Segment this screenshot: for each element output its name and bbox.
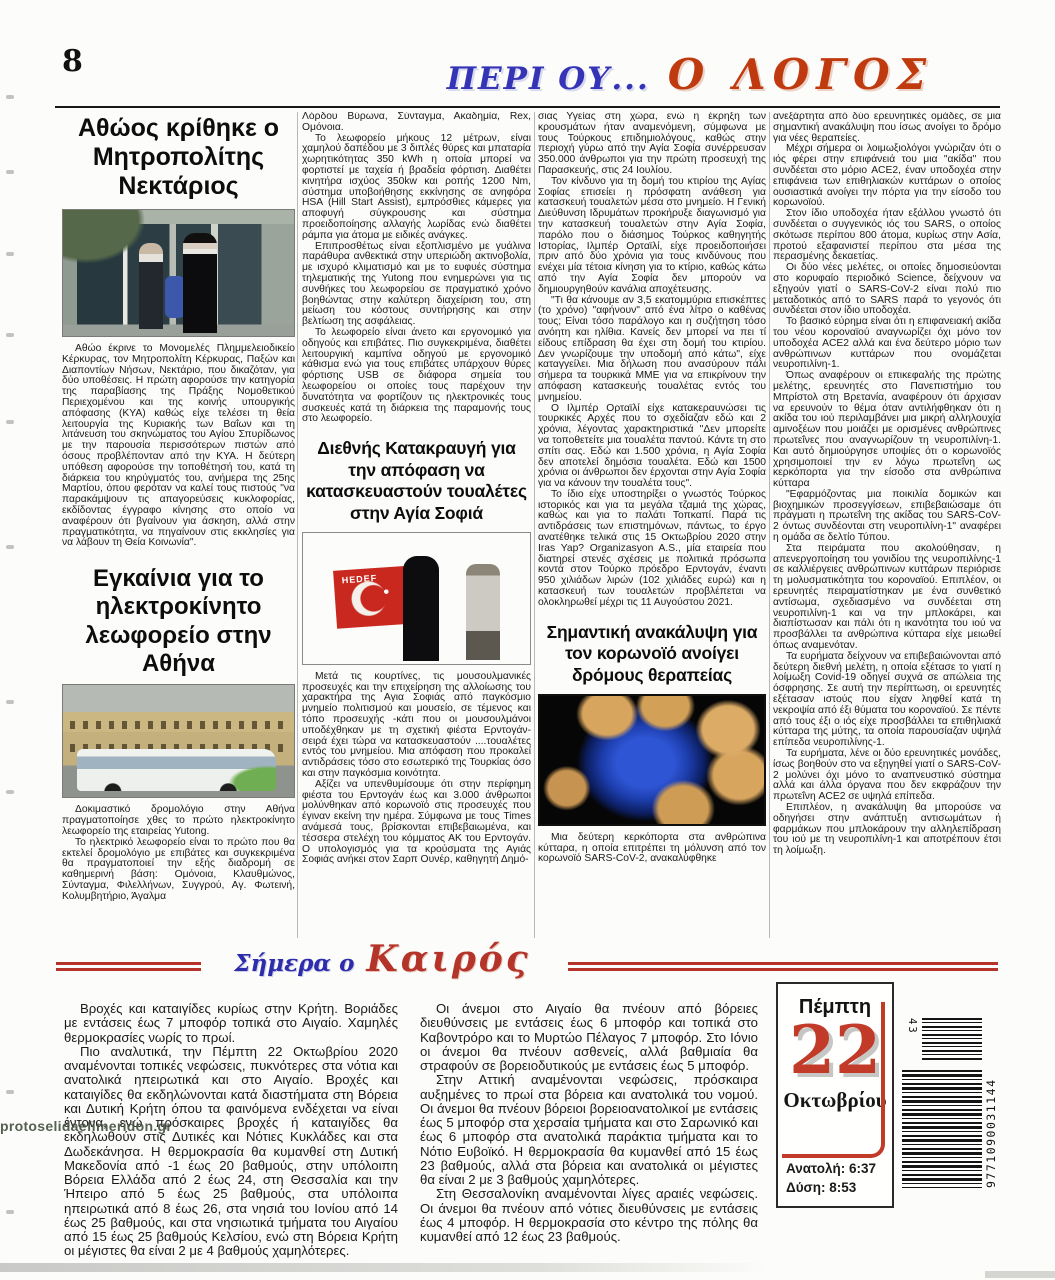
- article-paragraph: Τον κίνδυνο για τη δομή του κτιρίου της …: [538, 177, 766, 296]
- article-paragraph: Αξίζει να υπενθυμίσουμε ότι στην περίφημ…: [302, 780, 531, 866]
- headline-hagia-sophia: Διεθνής Κατακραυγή για την απόφαση να κα…: [304, 438, 529, 525]
- article-paragraph: Το λεωφορείο μήκους 12 μέτρων, είναι χαμ…: [302, 134, 531, 242]
- weather-paragraph: Πιο αναλυτικά, την Πέμπτη 22 Οκτωβρίου 2…: [64, 1045, 398, 1259]
- article-paragraph: Το λεωφορείο είναι άνετο και εργονομικό …: [302, 328, 531, 425]
- photo-caption: Μια δεύτερη κερκόπορτα στα ανθρώπινα κύτ…: [538, 833, 766, 865]
- coronavirus-photo: [538, 694, 766, 826]
- article-paragraph: Αθώο έκρινε το Μονομελές Πλημμελειοδικεί…: [62, 344, 295, 549]
- masthead-rule: [55, 106, 1000, 108]
- protest-photo: HEDEF: [302, 532, 531, 665]
- article-paragraph: Επιπλέον, η ανακάλυψη θα μπορούσε να οδη…: [773, 803, 1001, 857]
- scan-artifact: [6, 700, 14, 704]
- scan-artifact: [6, 1090, 14, 1094]
- article-paragraph: Λόρδου Βύρωνα, Σύνταγμα, Ακαδημία, Rex, …: [302, 112, 531, 134]
- headline-coronavirus: Σημαντική ανακάλυψη για τον κορωνοϊό ανο…: [540, 622, 764, 687]
- article-paragraph: Όπως αναφέρουν οι επικεφαλής της πρώτης …: [773, 371, 1001, 490]
- barcode-digits: 9771090031144: [984, 1078, 998, 1188]
- site-watermark: protoselidaefimeridon.gr: [0, 1118, 172, 1134]
- weather-banner: Σήμερα οΚαιρός: [200, 938, 565, 980]
- article-paragraph: Στον ίδιο υποδοχέα ήταν εξάλλου γνωστό ό…: [773, 209, 1001, 263]
- masthead-title: Ο ΛΟΓΟΣ: [668, 50, 933, 99]
- scan-artifact: [6, 170, 14, 174]
- article-paragraph: "Εφαρμόζοντας μια ποικιλία δομικών και β…: [773, 490, 1001, 544]
- scan-artifact: [6, 333, 14, 337]
- calendar-box: Πέμπτη 22 Οκτωβρίου Ανατολή: 6:37 Δύση: …: [776, 982, 894, 1208]
- page-number: 8: [62, 44, 83, 79]
- barcode-main-bars: [902, 1070, 982, 1188]
- article-paragraph: Μετά τις κουρτίνες, τις μουσουλμανικές π…: [302, 672, 531, 780]
- flag-banner-text: HEDEF: [341, 573, 377, 585]
- scan-artifact: [6, 790, 14, 794]
- scan-artifact: [6, 545, 14, 549]
- weather-banner-kicker: Σήμερα ο: [234, 950, 354, 977]
- column-1: Αθώος κρίθηκε ο Μητροπολίτης Νεκτάριος Α…: [62, 112, 295, 944]
- article-paragraph: Το βασικό εύρημα είναι ότι η επιφανειακή…: [773, 317, 1001, 371]
- sun-times: Ανατολή: 6:37 Δύση: 8:53: [786, 1159, 876, 1198]
- calendar-corner-rule: [782, 1002, 885, 1158]
- newspaper-page: 8 ΠΕΡΙ ΟΥ...Ο ΛΟΓΟΣ Αθώος κρίθηκε ο Μητρ…: [0, 0, 1055, 1280]
- column-divider: [297, 112, 298, 938]
- masthead-kicker: ΠΕΡΙ ΟΥ...: [447, 61, 650, 97]
- weather-column-right: Οι άνεμοι στο Αιγαίο θα πνέουν από βόρει…: [420, 1002, 758, 1244]
- masthead: ΠΕΡΙ ΟΥ...Ο ΛΟΓΟΣ: [340, 50, 1040, 99]
- sunrise-time: Ανατολή: 6:37: [786, 1159, 876, 1179]
- bus-illustration: [77, 749, 276, 790]
- column-4: ανεξάρτητα από δύο ερευνητικές ομάδες, σ…: [773, 112, 1001, 944]
- article-paragraph: Το ηλεκτρικό λεωφορείο είναι το πρώτο πο…: [62, 838, 295, 903]
- barcode-addon-bars: [922, 1018, 982, 1060]
- column-3: σιας Υγείας στη χώρα, ενώ η έκρηξη των κ…: [538, 112, 766, 944]
- article-paragraph: "Τι θα κάνουμε αν 3,5 εκατομμύρια επισκέ…: [538, 296, 766, 404]
- sunset-time: Δύση: 8:53: [786, 1178, 876, 1198]
- blue-jacket-figure: [165, 276, 185, 318]
- banner-rule-right: [568, 962, 998, 965]
- weather-paragraph: Στη Θεσσαλονίκη αναμένονται λίγες αραιές…: [420, 1187, 758, 1244]
- scan-edge-band: [985, 1271, 1055, 1278]
- article-paragraph: Τα ευρήματα, λένε οι δύο ερευνητικές μον…: [773, 749, 1001, 803]
- scan-artifact: [6, 95, 14, 99]
- barcode-addon-digits: 43: [906, 1018, 918, 1035]
- bystander-figure: [466, 564, 500, 660]
- monk-figure: [183, 233, 217, 333]
- courthouse-photo: [62, 209, 295, 337]
- scan-artifact: [6, 1210, 14, 1214]
- article-paragraph: σιας Υγείας στη χώρα, ενώ η έκρηξη των κ…: [538, 112, 766, 177]
- column-divider: [534, 112, 535, 938]
- scan-artifact: [6, 252, 14, 256]
- article-paragraph: Οι δύο νέες μελέτες, οι οποίες δημοσιεύο…: [773, 263, 1001, 317]
- scan-edge-band: [0, 1263, 770, 1272]
- article-paragraph: Επιπροσθέτως είναι εξοπλισμένο με γυάλιν…: [302, 242, 531, 328]
- scan-artifact: [6, 420, 14, 424]
- article-paragraph: Δοκιμαστικό δρομολόγιο στην Αθήνα πραγμα…: [62, 805, 295, 837]
- article-paragraph: Στα πειράματα που ακολούθησαν, η απενεργ…: [773, 544, 1001, 652]
- weather-banner-title: Καιρός: [366, 938, 530, 980]
- weather-paragraph: Στην Αττική αναμένονται νεφώσεις, πρόσκα…: [420, 1073, 758, 1187]
- article-paragraph: Το ίδιο είχε υποστηρίξει ο γνωστός Τούρκ…: [538, 490, 766, 609]
- banner-rule-left: [56, 962, 201, 965]
- weather-paragraph: Βροχές και καταιγίδες κυρίως στην Κρήτη.…: [64, 1002, 398, 1045]
- article-paragraph: Τα ευρήματα δείχνουν να επιβεβαιώνονται …: [773, 652, 1001, 749]
- veiled-woman-figure: [403, 556, 439, 661]
- headline-electric-bus: Εγκαίνια για το ηλεκτροκίνητο λεωφορείο …: [62, 565, 295, 678]
- headline-nektarios: Αθώος κρίθηκε ο Μητροπολίτης Νεκτάριος: [62, 114, 295, 201]
- article-paragraph: Μέχρι σήμερα οι λοιμωξιολόγοι γνώριζαν ό…: [773, 144, 1001, 209]
- electric-bus-photo: [62, 684, 295, 798]
- article-paragraph: Ο Ιλμπέρ Ορταϊλί είχε κατακεραυνώσει τις…: [538, 404, 766, 490]
- suited-man-figure: [139, 243, 163, 329]
- issue-barcode: 9771090031144 43: [902, 1018, 998, 1190]
- weather-paragraph: Οι άνεμοι στο Αιγαίο θα πνέουν από βόρει…: [420, 1002, 758, 1073]
- parliament-windows: [70, 721, 287, 729]
- column-divider: [769, 112, 770, 938]
- article-paragraph: ανεξάρτητα από δύο ερευνητικές ομάδες, σ…: [773, 112, 1001, 144]
- column-2: Λόρδου Βύρωνα, Σύνταγμα, Ακαδημία, Rex, …: [302, 112, 531, 944]
